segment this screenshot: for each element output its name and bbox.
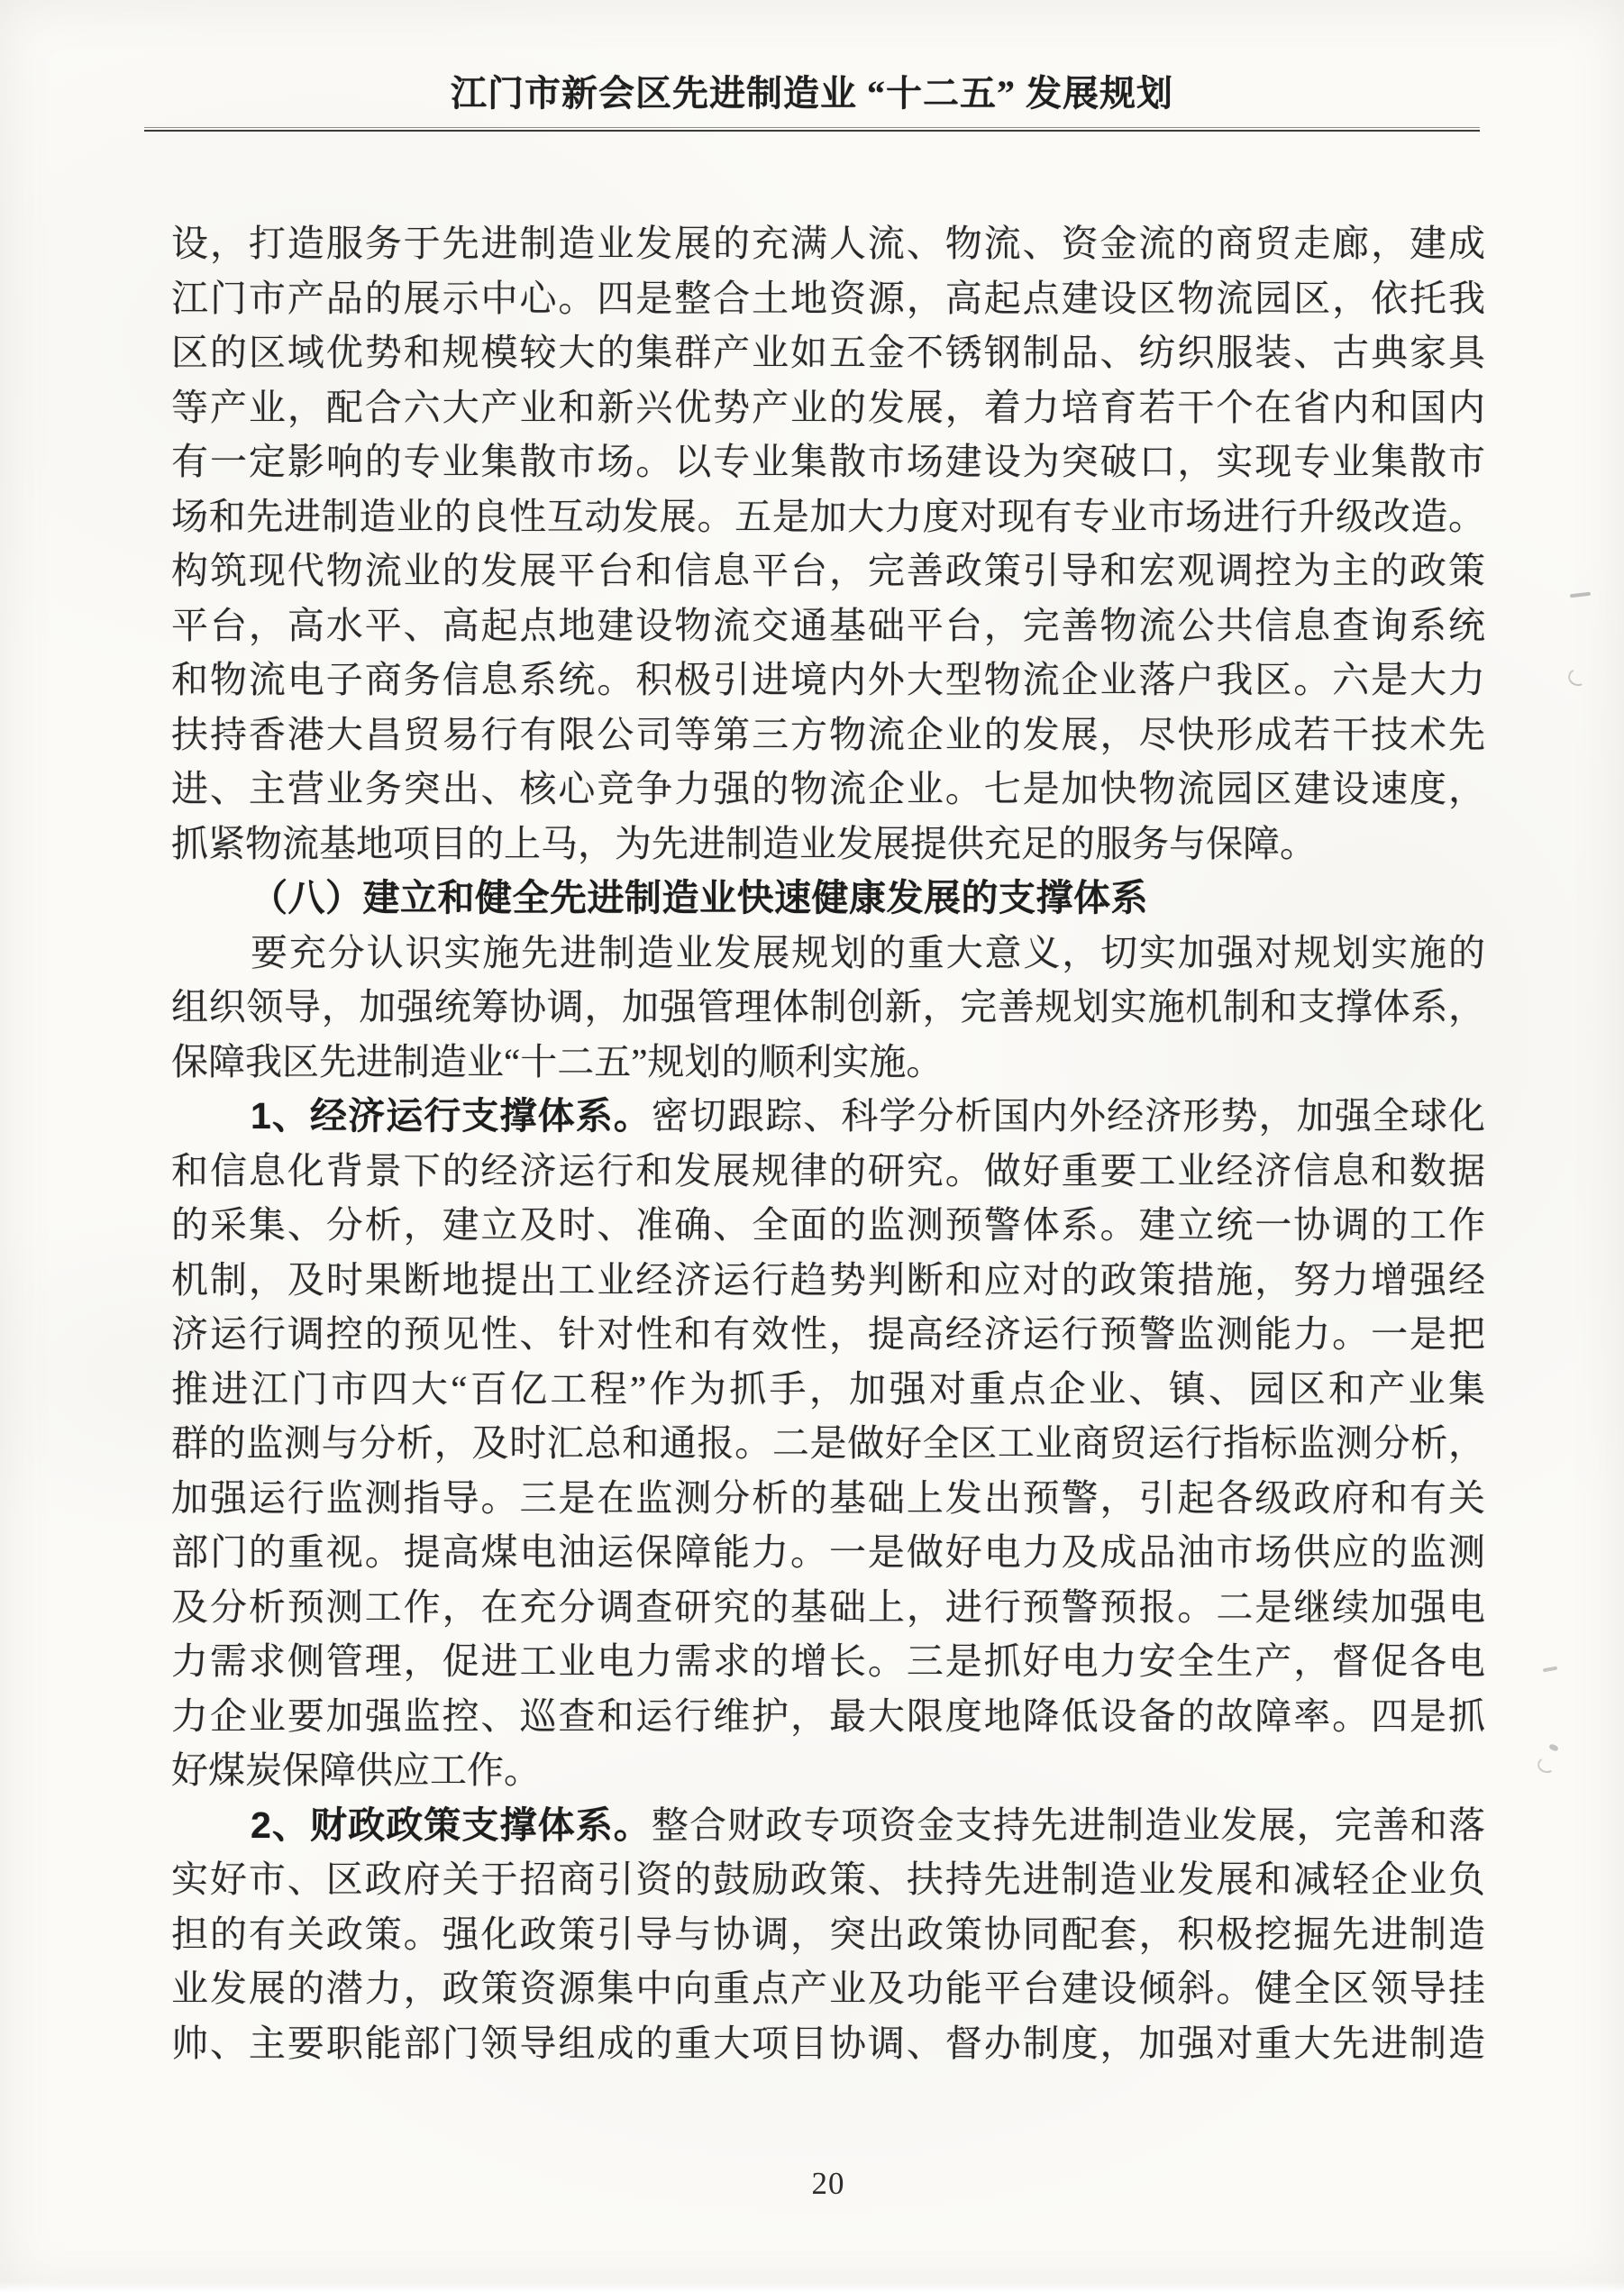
text-line: 机制，及时果断地提出工业经济运行趋势判断和应对的政策措施，努力增强经 xyxy=(171,1253,1485,1308)
paragraph: 要充分认识实施先进制造业发展规划的重大意义，切实加强对规划实施的组织领导，加强统… xyxy=(171,926,1485,1090)
document-title: 江门市新会区先进制造业 “十二五” 发展规划 xyxy=(0,76,1624,112)
text-line: 构筑现代物流业的发展平台和信息平台，完善政策引导和宏观调控为主的政策 xyxy=(171,543,1485,598)
text-line: 组织领导，加强统筹协调，加强管理体制创新，完善规划实施机制和支撑体系， xyxy=(171,980,1485,1035)
paragraph: 1、经济运行支撑体系。密切跟踪、科学分析国内外经济形势，加强全球化和信息化背景下… xyxy=(171,1089,1485,1798)
paragraph-lead-label: 1、经济运行支撑体系。 xyxy=(251,1095,652,1137)
text-line: 帅、主要职能部门领导组成的重大项目协调、督办制度，加强对重大先进制造 xyxy=(171,2016,1485,2071)
scan-artifact xyxy=(1543,1666,1557,1673)
text-line: 场和先进制造业的良性互动发展。五是加大力度对现有专业市场进行升级改造。 xyxy=(171,489,1485,544)
scan-artifact xyxy=(1536,1756,1556,1775)
text-line: 推进江门市四大“百亿工程”作为抓手，加强对重点企业、镇、园区和产业集 xyxy=(171,1362,1485,1417)
paragraph: 2、财政政策支撑体系。整合财政专项资金支持先进制造业发展，完善和落实好市、区政府… xyxy=(171,1798,1485,2071)
page-header: 江门市新会区先进制造业 “十二五” 发展规划 xyxy=(0,0,1624,132)
text-line: 和物流电子商务信息系统。积极引进境内外大型物流企业落户我区。六是大力 xyxy=(171,653,1485,708)
text-line: 及分析预测工作，在充分调查研究的基础上，进行预警预报。二是继续加强电 xyxy=(171,1580,1485,1635)
text-line: 2、财政政策支撑体系。整合财政专项资金支持先进制造业发展，完善和落 xyxy=(171,1798,1485,1853)
section-heading: （八）建立和健全先进制造业快速健康发展的支撑体系 xyxy=(171,871,1485,926)
text-line: 1、经济运行支撑体系。密切跟踪、科学分析国内外经济形势，加强全球化 xyxy=(171,1089,1485,1144)
text-line: 和信息化背景下的经济运行和发展规律的研究。做好重要工业经济信息和数据 xyxy=(171,1144,1485,1199)
text-line: 保障我区先进制造业“十二五”规划的顺利实施。 xyxy=(171,1035,1485,1090)
scan-artifact xyxy=(1566,666,1590,689)
text-line: 平台，高水平、高起点地建设物流交通基础平台，完善物流公共信息查询系统 xyxy=(171,598,1485,653)
text-line: 扶持香港大昌贸易行有限公司等第三方物流企业的发展，尽快形成若干技术先 xyxy=(171,708,1485,762)
scan-artifact xyxy=(1570,592,1591,598)
text-line: 业发展的潜力，政策资源集中向重点产业及功能平台建设倾斜。健全区领导挂 xyxy=(171,1961,1485,2016)
text-line: 部门的重视。提高煤电油运保障能力。一是做好电力及成品油市场供应的监测 xyxy=(171,1525,1485,1580)
text-line: 抓紧物流基地项目的上马，为先进制造业发展提供充足的服务与保障。 xyxy=(171,817,1485,872)
header-rule xyxy=(144,127,1480,132)
paragraph: 设，打造服务于先进制造业发展的充满人流、物流、资金流的商贸走廊，建成江门市产品的… xyxy=(171,216,1485,871)
text-line: 济运行调控的预见性、针对性和有效性，提高经济运行预警监测能力。一是把 xyxy=(171,1307,1485,1362)
page-number: 20 xyxy=(812,2166,845,2201)
text-line: 力需求侧管理，促进工业电力需求的增长。三是抓好电力安全生产，督促各电 xyxy=(171,1634,1485,1689)
text-line: 好煤炭保障供应工作。 xyxy=(171,1743,1485,1798)
page-footer: 20 xyxy=(171,2166,1485,2202)
text-line: 区的区域优势和规模较大的集群产业如五金不锈钢制品、纺织服装、古典家具 xyxy=(171,325,1485,380)
section-heading-block: （八）建立和健全先进制造业快速健康发展的支撑体系 xyxy=(171,871,1485,926)
text-line: 设，打造服务于先进制造业发展的充满人流、物流、资金流的商贸走廊，建成 xyxy=(171,216,1485,271)
text-line: 要充分认识实施先进制造业发展规划的重大意义，切实加强对规划实施的 xyxy=(171,926,1485,981)
text-line: 的采集、分析，建立及时、准确、全面的监测预警体系。建立统一协调的工作 xyxy=(171,1198,1485,1253)
document-body: 设，打造服务于先进制造业发展的充满人流、物流、资金流的商贸走廊，建成江门市产品的… xyxy=(171,216,1485,2070)
text-line: 江门市产品的展示中心。四是整合土地资源，高起点建设区物流园区，依托我 xyxy=(171,271,1485,326)
text-line: 进、主营业务突出、核心竞争力强的物流企业。七是加快物流园区建设速度， xyxy=(171,762,1485,817)
text-line: 等产业，配合六大产业和新兴优势产业的发展，着力培育若干个在省内和国内 xyxy=(171,380,1485,435)
paragraph-lead-label: 2、财政政策支撑体系。 xyxy=(251,1804,652,1846)
text-line: 力企业要加强监控、巡查和运行维护，最大限度地降低设备的故障率。四是抓 xyxy=(171,1689,1485,1744)
scan-artifact xyxy=(1548,1743,1559,1752)
text-line: 群的监测与分析，及时汇总和通报。二是做好全区工业商贸运行指标监测分析， xyxy=(171,1416,1485,1471)
text-line: 有一定影响的专业集散市场。以专业集散市场建设为突破口，实现专业集散市 xyxy=(171,434,1485,489)
document-page: 江门市新会区先进制造业 “十二五” 发展规划 设，打造服务于先进制造业发展的充满… xyxy=(0,0,1624,2292)
scanner-edge-shading xyxy=(0,2281,1624,2292)
text-line: 加强运行监测指导。三是在监测分析的基础上发出预警，引起各级政府和有关 xyxy=(171,1471,1485,1526)
text-line: 实好市、区政府关于招商引资的鼓励政策、扶持先进制造业发展和减轻企业负 xyxy=(171,1852,1485,1907)
text-line: 担的有关政策。强化政策引导与协调，突出政策协同配套，积极挖掘先进制造 xyxy=(171,1907,1485,1962)
